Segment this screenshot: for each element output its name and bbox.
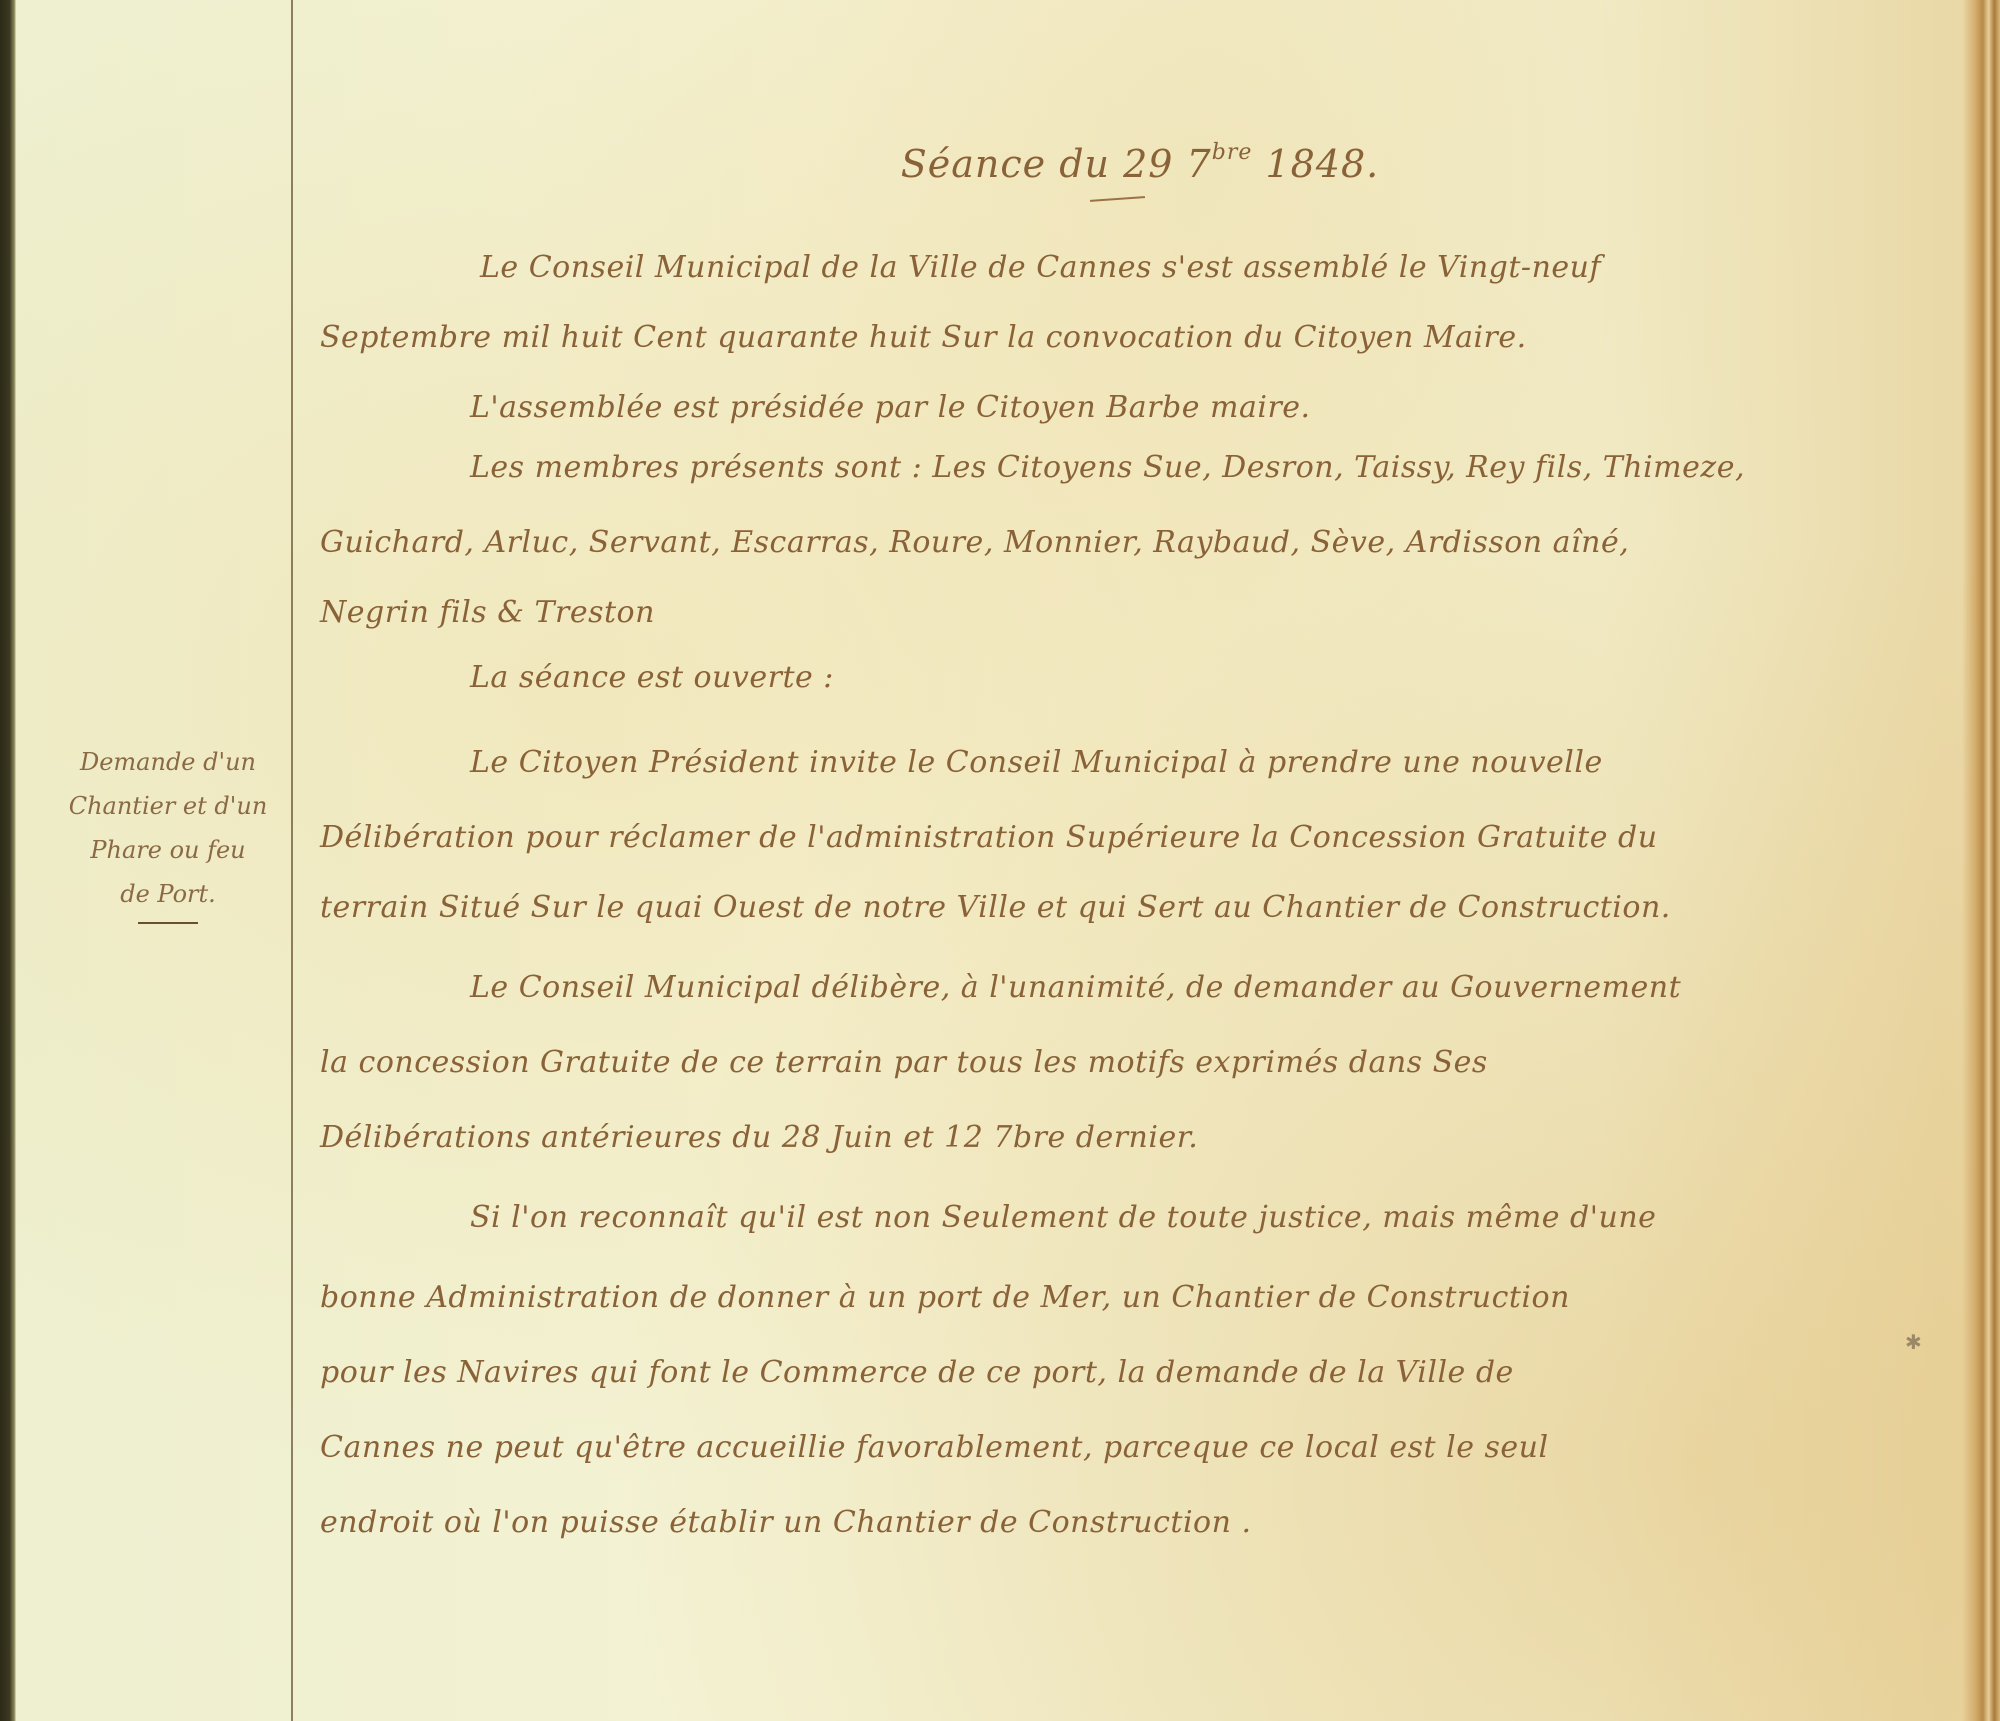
body-line: La séance est ouverte : [470, 660, 834, 695]
body-line: Délibération pour réclamer de l'administ… [320, 820, 1658, 855]
body-line: Délibérations antérieures du 28 Juin et … [320, 1120, 1198, 1155]
body-line: endroit où l'on puisse établir un Chanti… [320, 1505, 1252, 1540]
margin-note-line: Demande d'un [48, 740, 288, 784]
margin-annotation: Demande d'un Chantier et d'un Phare ou f… [48, 740, 288, 924]
title-correction-mark [1090, 196, 1145, 202]
body-line: Le Conseil Municipal délibère, à l'unani… [470, 970, 1681, 1005]
margin-note-line: Chantier et d'un [48, 784, 288, 828]
title-superscript: bre [1212, 140, 1253, 165]
body-line: bonne Administration de donner à un port… [320, 1280, 1570, 1315]
body-line: Le Citoyen Président invite le Conseil M… [470, 745, 1603, 780]
body-line: Cannes ne peut qu'être accueillie favora… [320, 1430, 1549, 1465]
body-line: Guichard, Arluc, Servant, Escarras, Rour… [320, 525, 1629, 560]
margin-note-line: Phare ou feu [48, 828, 288, 872]
body-line: L'assemblée est présidée par le Citoyen … [470, 390, 1311, 425]
body-line: Les membres présents sont : Les Citoyens… [470, 450, 1745, 485]
page-edge-gilt [1962, 0, 2000, 1721]
margin-note-flourish [138, 922, 198, 924]
body-line: Le Conseil Municipal de la Ville de Cann… [480, 250, 1601, 285]
body-line: Si l'on reconnaît qu'il est non Seulemen… [470, 1200, 1656, 1235]
body-line: Septembre mil huit Cent quarante huit Su… [320, 320, 1527, 355]
margin-rule-line [291, 0, 293, 1721]
margin-note-line: de Port. [48, 872, 288, 916]
title-text: Séance du 29 7 [901, 142, 1212, 186]
manuscript-page: Séance du 29 7bre 1848. Demande d'un Cha… [0, 0, 2000, 1721]
body-line: la concession Gratuite de ce terrain par… [320, 1045, 1488, 1080]
page-title: Séance du 29 7bre 1848. [860, 140, 1420, 186]
book-binding-edge [0, 0, 16, 1721]
ink-smudge-mark: ✱ [1905, 1330, 1922, 1354]
body-line: pour les Navires qui font le Commerce de… [320, 1355, 1514, 1390]
body-line: Negrin fils & Treston [320, 595, 655, 630]
title-year: 1848. [1265, 142, 1379, 186]
body-line: terrain Situé Sur le quai Ouest de notre… [320, 890, 1671, 925]
